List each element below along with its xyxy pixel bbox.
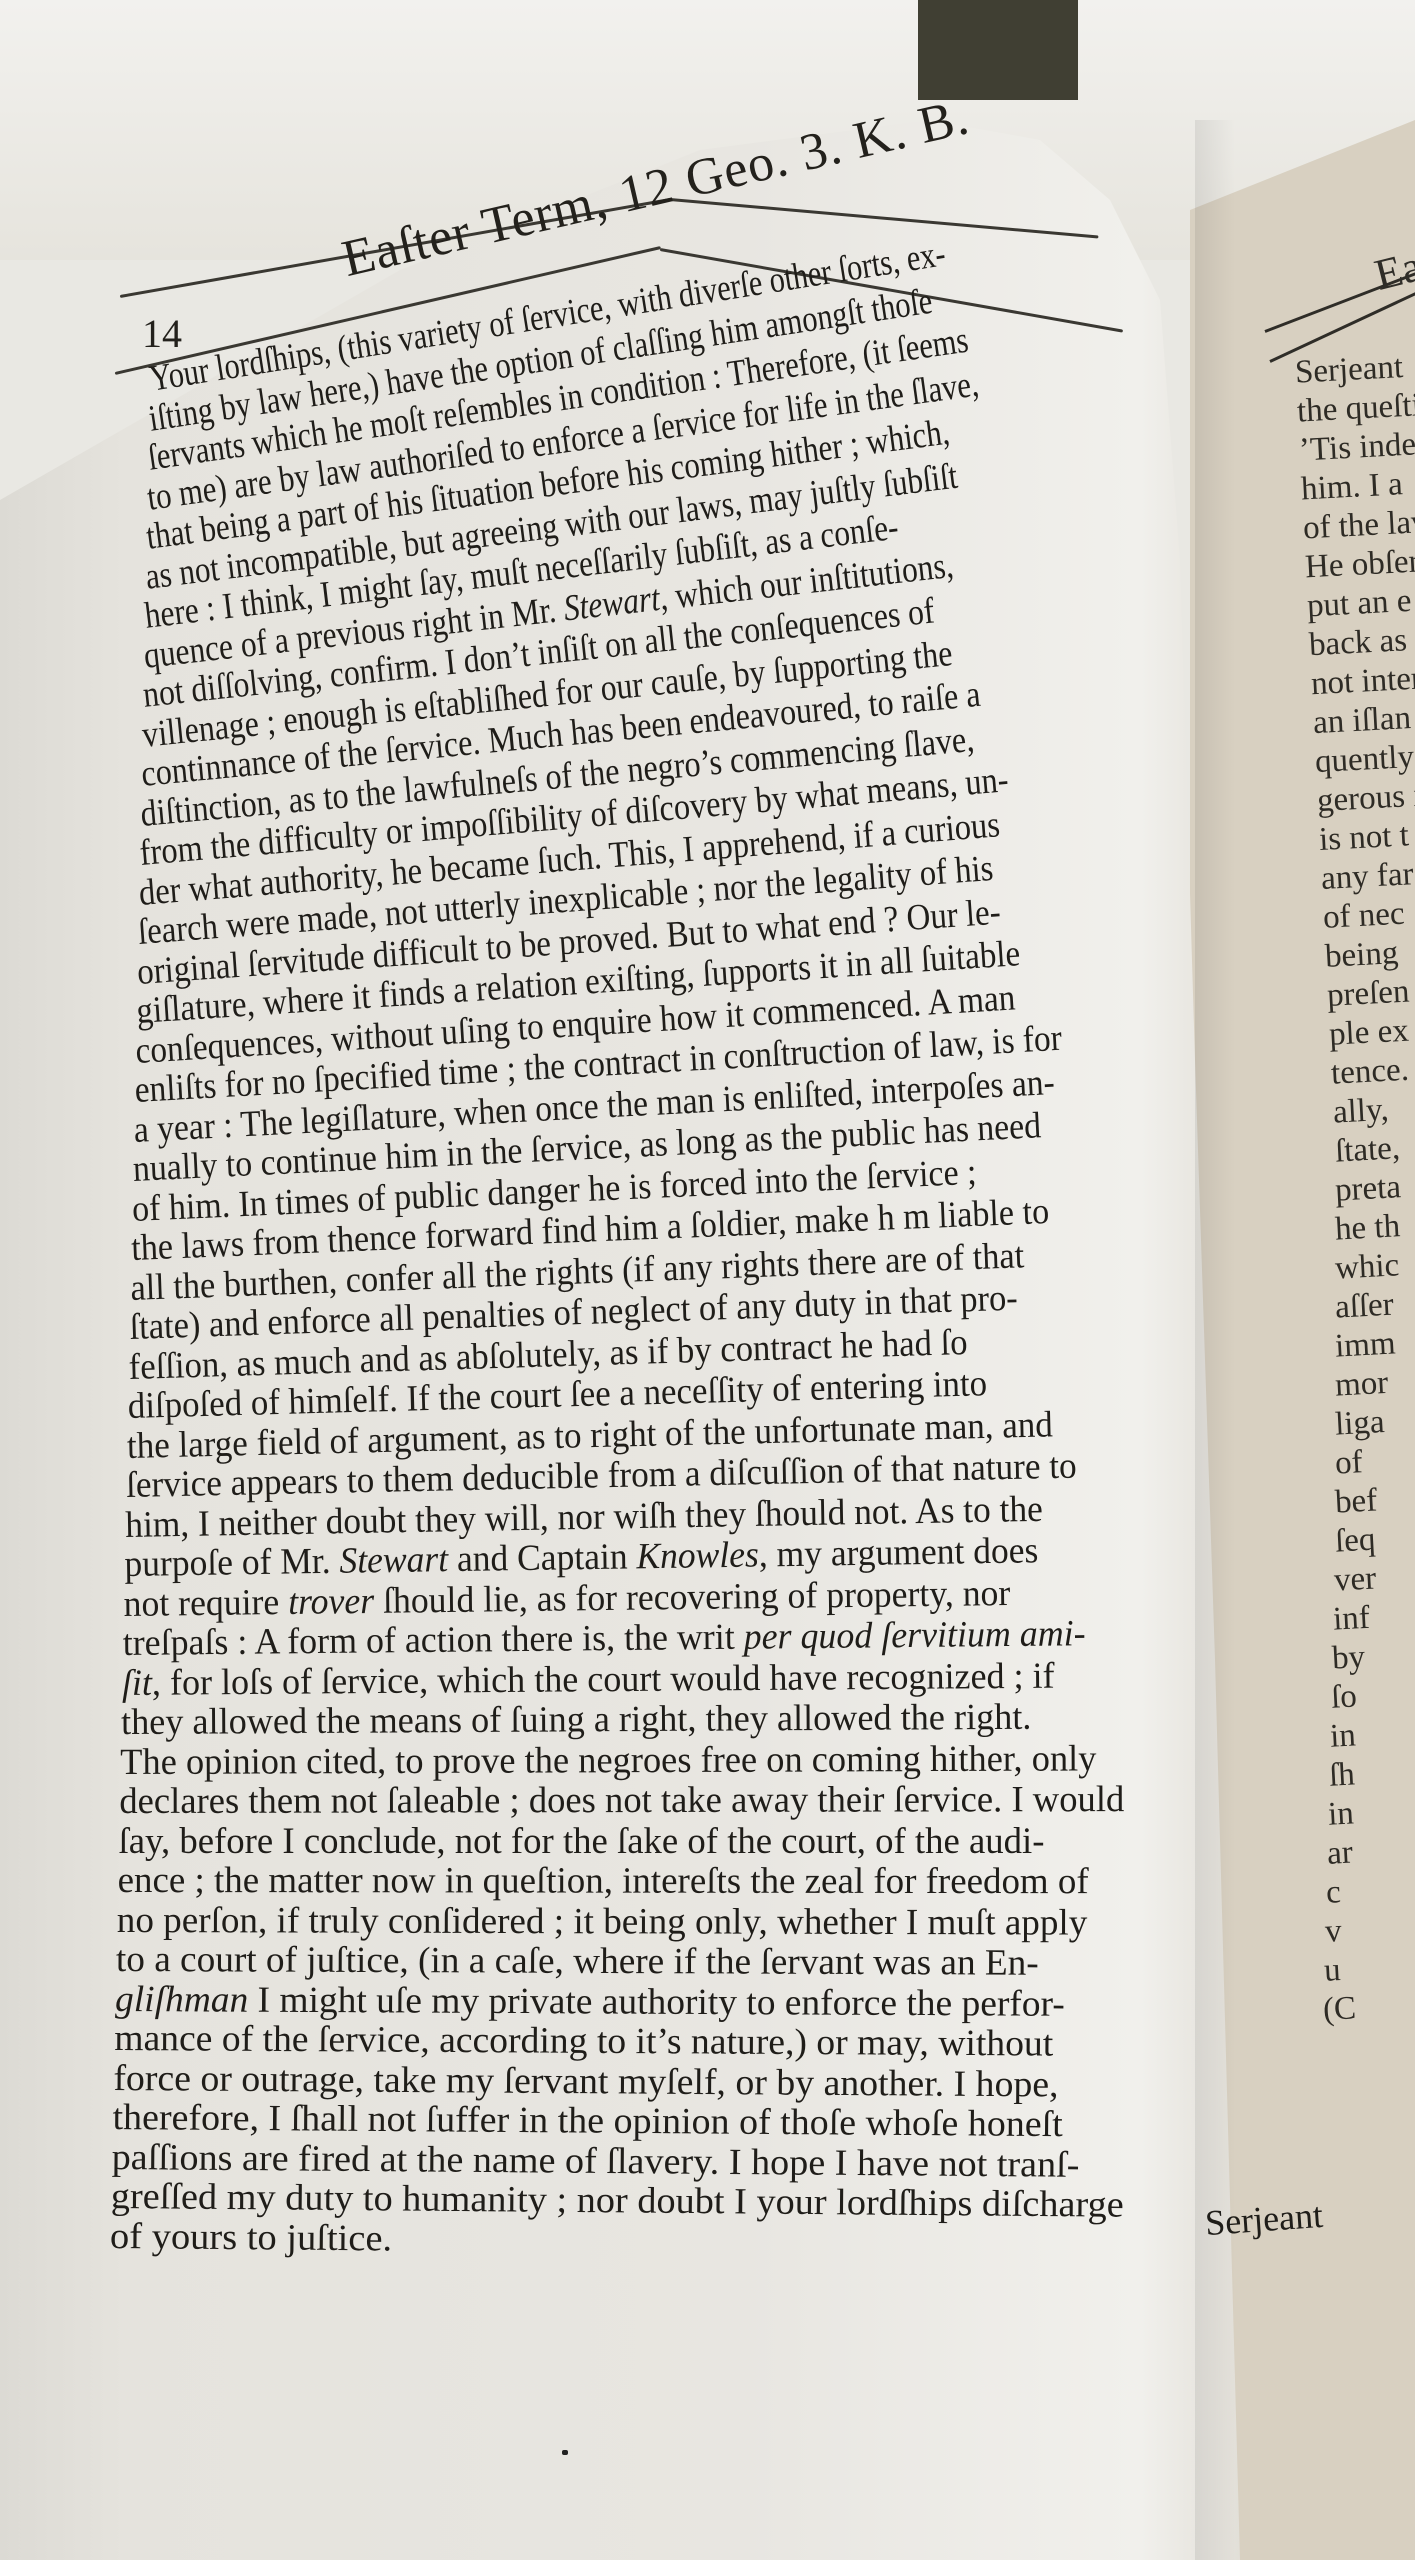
right-page-line: c [1325,1868,1415,1913]
right-page-line: put an e [1306,581,1415,627]
right-page-line: bef [1334,1478,1415,1522]
right-page-line: the queſtio [1296,385,1415,431]
text-line: they allowed the means of ſuing a right,… [121,1697,1179,1743]
right-page-line: ar [1326,1829,1415,1874]
right-page-line: v [1324,1907,1415,1952]
right-page-line: an iſlan [1312,698,1415,743]
right-page-line: any far [1320,854,1415,899]
right-page-line: whic [1334,1244,1415,1288]
right-page-line: of the lav [1302,503,1415,549]
ink-speck [562,2450,568,2455]
right-page-line: He obſer [1304,542,1415,588]
catchword: Serjeant [1204,2194,1325,2244]
right-page-line: u [1323,1946,1415,1991]
text-line: to a court of juſtice, (in a caſe, where… [116,1940,1204,1984]
right-page-line: tence. [1330,1049,1415,1093]
right-page-line: ally, [1332,1088,1415,1132]
text-line: The opinion cited, to prove the negroes … [120,1739,1183,1782]
right-page-line: gerous i [1316,776,1415,821]
right-page-line: preta [1334,1166,1415,1210]
body-text: Your lordſhips, (this variety of ſervice… [120,360,1200,2256]
right-page-line: ple ex [1328,1010,1415,1054]
right-page-line: being [1324,932,1415,977]
text-line: ſay, before I conclude, not for the ſake… [119,1821,1191,1861]
right-page-line: ſeq [1334,1517,1415,1561]
right-page-line: in [1327,1790,1415,1835]
right-page-line: quently [1314,737,1415,782]
right-page-line: ſo [1330,1673,1415,1717]
right-page-line: he th [1334,1205,1415,1249]
right-page-line: him. I a [1300,464,1415,510]
right-page-line: ſh [1328,1751,1415,1795]
right-page-line: imm [1334,1322,1415,1366]
text-line: gliſhman I might uſe my private authorit… [115,1980,1208,2025]
right-page-line: preſen [1326,971,1415,1016]
text-line: no perſon, if truly conſidered ; it bein… [117,1901,1200,1943]
right-page-line: ’Tis inde [1298,424,1415,470]
page-number: 14 [142,310,182,357]
text-line: ſit, for loſs of ſervice, which the cour… [122,1655,1174,1703]
right-page-line: inf [1332,1595,1415,1639]
right-page-line: aſſer [1334,1283,1415,1327]
right-page-text-fragments: Serjeantthe queſtio’Tis indehim. I aof t… [1295,350,1415,2027]
right-page-line: by [1331,1634,1415,1678]
dark-object-background [918,0,1078,100]
right-page-line: in [1329,1712,1415,1756]
right-page-line: liga [1334,1400,1415,1444]
right-page-line: of [1334,1439,1415,1483]
right-page-line: ver [1333,1556,1415,1600]
text-line: declares them not ſaleable ; does not ta… [119,1780,1187,1822]
right-page-line: mor [1334,1361,1415,1405]
text-line: mance of the ſervice, according to it’s … [114,2019,1213,2065]
right-page-line: ſtate, [1334,1127,1415,1171]
right-page-line: Serjeant [1294,346,1415,392]
right-page-line: back as [1308,620,1415,666]
right-page-line: not inter [1310,659,1415,704]
right-page-line: of nec [1322,893,1415,938]
text-line: ence ; the matter now in queſtion, inter… [118,1861,1196,1902]
right-page-line: (C [1322,1985,1415,2030]
right-page-line: is not t [1318,815,1415,860]
